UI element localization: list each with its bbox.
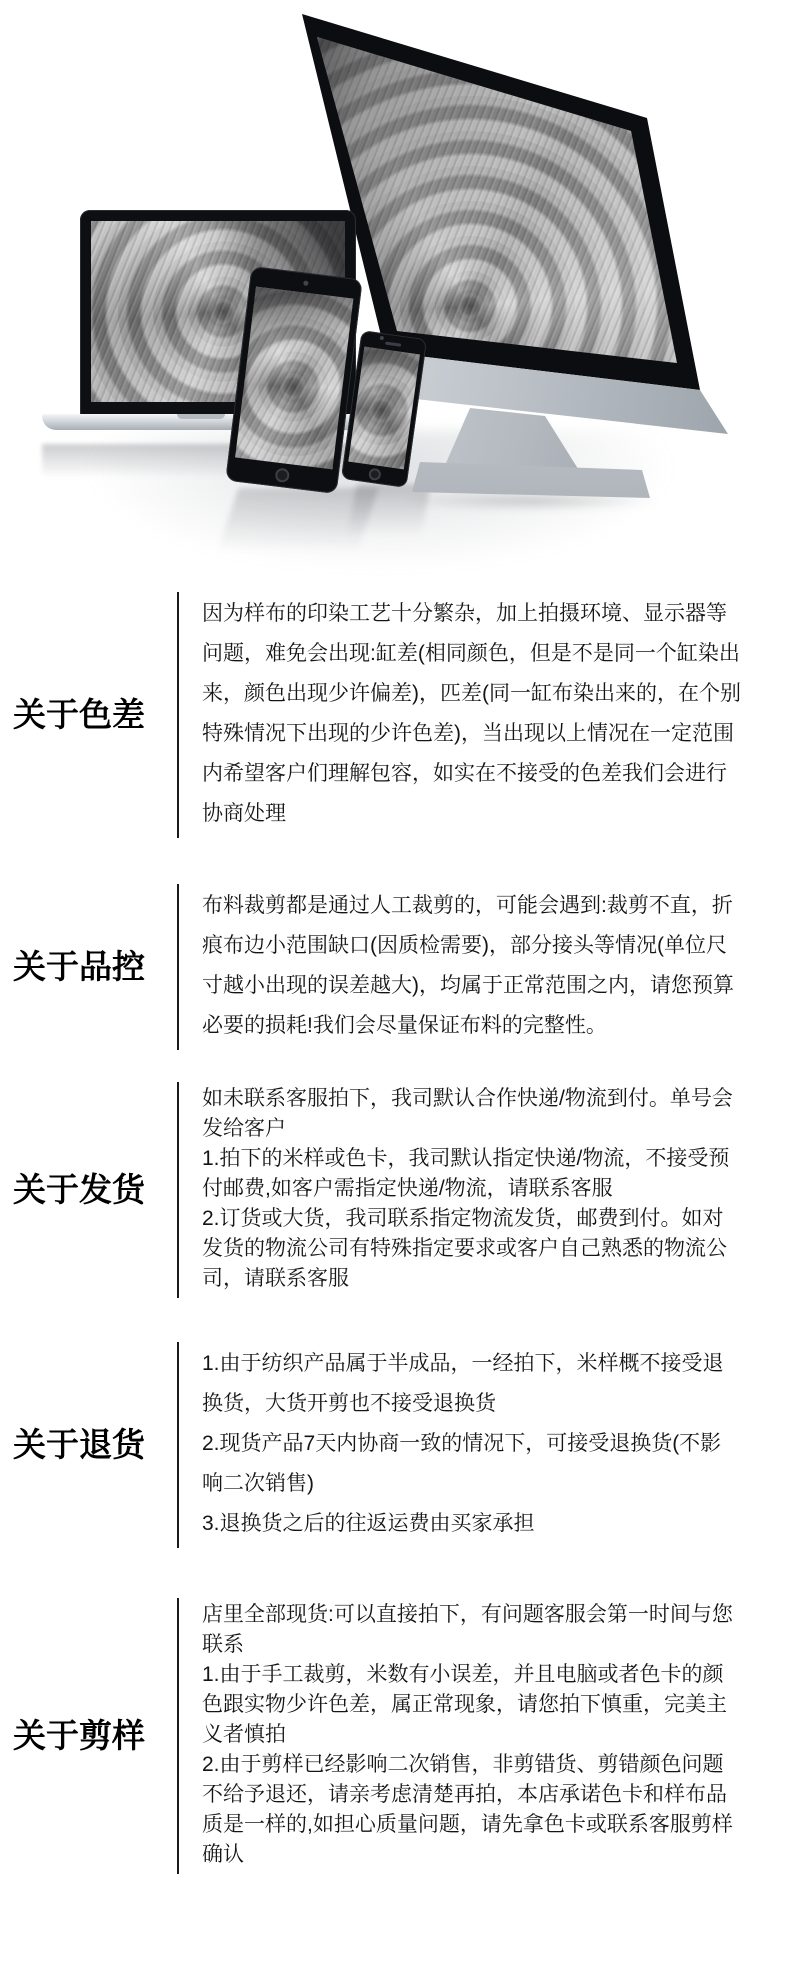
section-paragraph: 2.现货产品7天内协商一致的情况下，可接受退换货(不影响二次销售) xyxy=(202,1424,742,1504)
section-body: 1.由于纺织产品属于半成品，一经拍下，米样概不接受退换货，大货开剪也不接受退换货… xyxy=(177,1342,766,1548)
section-shipping: 关于发货 如未联系客服拍下，我司默认合作快递/物流到付。单号会发给客户 1.拍下… xyxy=(0,1082,790,1298)
section-paragraph: 2.由于剪样已经影响二次销售，非剪错货、剪错颜色问题不给予退还，请亲考虑清楚再拍… xyxy=(202,1750,742,1870)
section-returns: 关于退货 1.由于纺织产品属于半成品，一经拍下，米样概不接受退换货，大货开剪也不… xyxy=(0,1342,790,1548)
section-body: 店里全部现货:可以直接拍下，有问题客服会第一时间与您联系 1.由于手工裁剪，米数… xyxy=(177,1598,766,1874)
section-heading: 关于发货 xyxy=(0,1171,177,1209)
iphone-home-button-icon xyxy=(368,468,382,482)
section-body: 因为样布的印染工艺十分繁杂，加上拍摄环境、显示器等问题，难免会出现:缸差(相同颜… xyxy=(177,592,766,838)
ipad-camera-icon xyxy=(303,280,309,286)
section-color-difference: 关于色差 因为样布的印染工艺十分繁杂，加上拍摄环境、显示器等问题，难免会出现:缸… xyxy=(0,592,790,838)
section-paragraph: 店里全部现货:可以直接拍下，有问题客服会第一时间与您联系 xyxy=(202,1600,742,1660)
section-heading: 关于退货 xyxy=(0,1426,177,1464)
section-sample-cutting: 关于剪样 店里全部现货:可以直接拍下，有问题客服会第一时间与您联系 1.由于手工… xyxy=(0,1598,790,1874)
section-paragraph: 如未联系客服拍下，我司默认合作快递/物流到付。单号会发给客户 xyxy=(202,1084,742,1144)
section-paragraph: 1.由于纺织产品属于半成品，一经拍下，米样概不接受退换货，大货开剪也不接受退换货 xyxy=(202,1344,742,1424)
ipad-screen-glare xyxy=(235,287,353,470)
product-detail-page: 关于色差 因为样布的印染工艺十分繁杂，加上拍摄环境、显示器等问题，难免会出现:缸… xyxy=(0,0,790,1974)
section-paragraph: 2.订货或大货，我司联系指定物流发货，邮费到付。如对发货的物流公司有特殊指定要求… xyxy=(202,1204,742,1294)
section-heading: 关于剪样 xyxy=(0,1717,177,1755)
section-paragraph: 布料裁剪都是通过人工裁剪的，可能会遇到:裁剪不直，折痕布边小范围缺口(因质检需要… xyxy=(202,886,742,1046)
section-paragraph: 因为样布的印染工艺十分繁杂，加上拍摄环境、显示器等问题，难免会出现:缸差(相同颜… xyxy=(202,594,742,834)
section-heading: 关于色差 xyxy=(0,696,177,734)
ipad-home-button-icon xyxy=(274,467,290,483)
iphone-speaker-icon xyxy=(385,342,401,347)
section-paragraph: 1.由于手工裁剪，米数有小误差，并且电脑或者色卡的颜色跟实物少许色差，属正常现象… xyxy=(202,1660,742,1750)
section-body: 布料裁剪都是通过人工裁剪的，可能会遇到:裁剪不直，折痕布边小范围缺口(因质检需要… xyxy=(177,884,766,1050)
section-body: 如未联系客服拍下，我司默认合作快递/物流到付。单号会发给客户 1.拍下的米样或色… xyxy=(177,1082,766,1298)
device-showcase-image xyxy=(0,0,790,592)
iphone-screen-glare xyxy=(348,347,420,470)
section-paragraph: 1.拍下的米样或色卡，我司默认指定快递/物流，不接受预付邮费,如客户需指定快递/… xyxy=(202,1144,742,1204)
iphone-camera-icon xyxy=(380,336,385,341)
section-quality-control: 关于品控 布料裁剪都是通过人工裁剪的，可能会遇到:裁剪不直，折痕布边小范围缺口(… xyxy=(0,884,790,1050)
macbook-lid-notch xyxy=(177,414,225,419)
section-paragraph: 3.退换货之后的往返运费由买家承担 xyxy=(202,1504,742,1544)
faq-sections: 关于色差 因为样布的印染工艺十分繁杂，加上拍摄环境、显示器等问题，难免会出现:缸… xyxy=(0,592,790,1974)
section-heading: 关于品控 xyxy=(0,948,177,986)
